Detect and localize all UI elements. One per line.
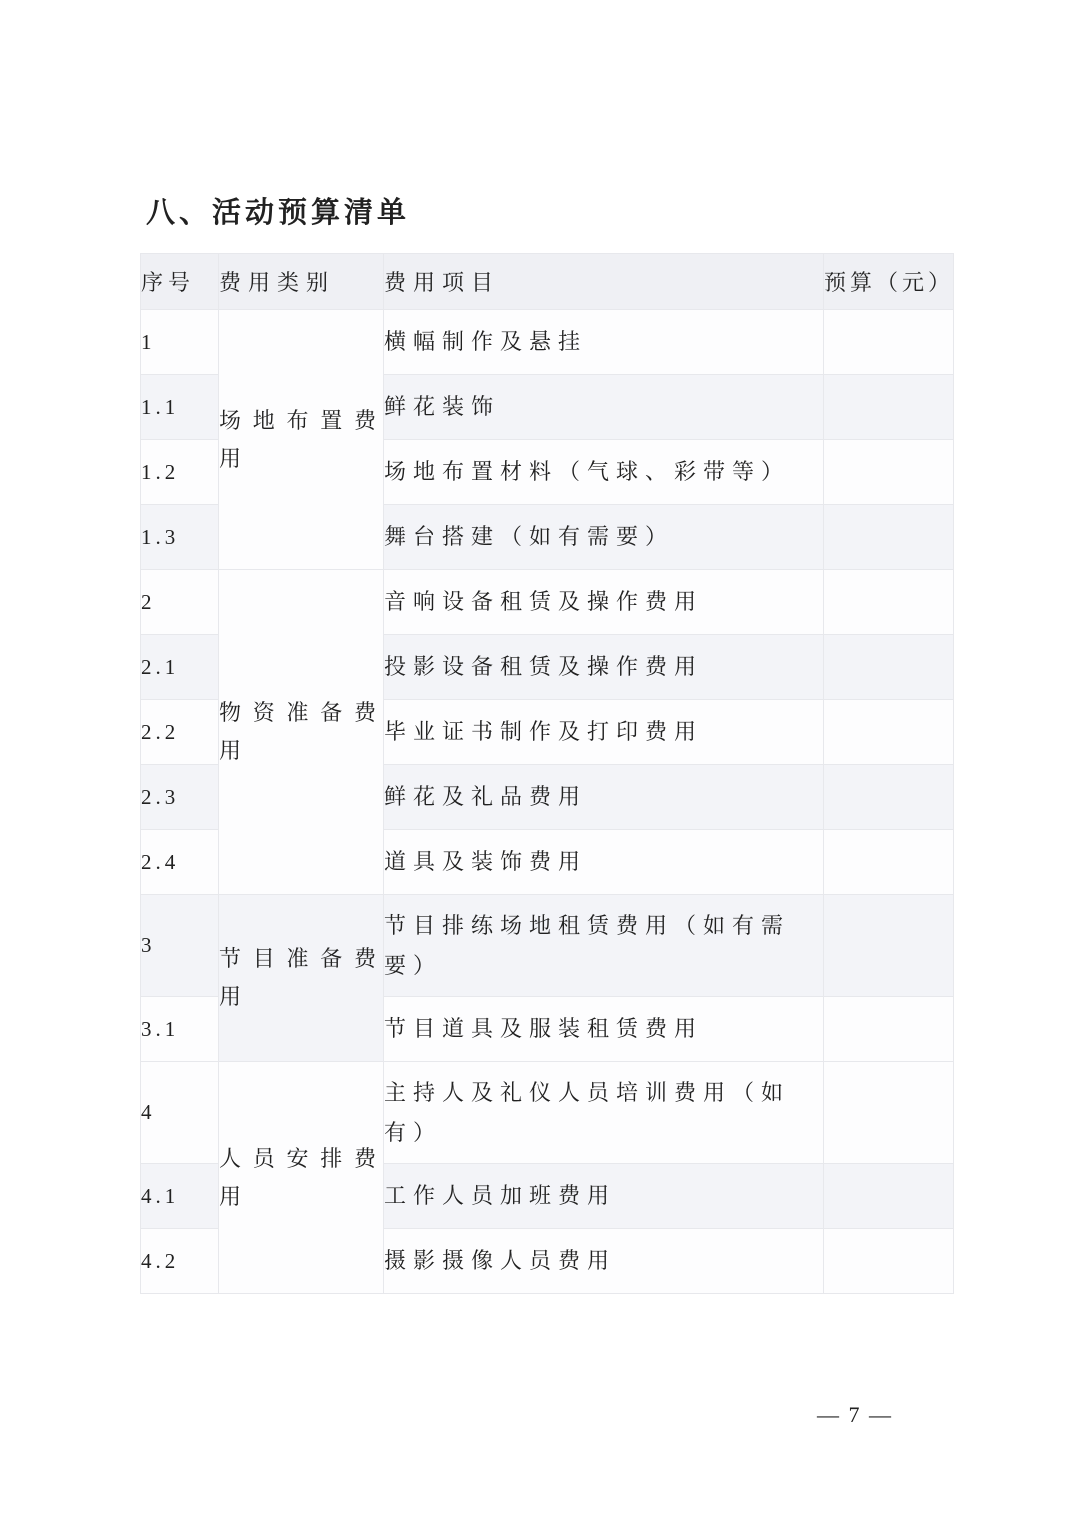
budget-cell (824, 765, 954, 830)
category-cell: 节目准备费用 (219, 895, 384, 1062)
item-cell: 场地布置材料（气球、彩带等） (384, 440, 824, 505)
table-row: 2物资准备费用音响设备租赁及操作费用 (141, 570, 954, 635)
item-cell: 舞台搭建（如有需要） (384, 505, 824, 570)
column-header-serial: 序号 (141, 254, 219, 310)
category-cell: 人员安排费用 (219, 1062, 384, 1294)
row-number-cell: 4 (141, 1062, 219, 1164)
page-title: 八、活动预算清单 (146, 193, 410, 233)
row-number-cell: 3 (141, 895, 219, 997)
row-number-cell: 1.3 (141, 505, 219, 570)
budget-cell (824, 375, 954, 440)
category-cell: 物资准备费用 (219, 570, 384, 895)
budget-cell (824, 1164, 954, 1229)
table-row: 1场地布置费用横幅制作及悬挂 (141, 310, 954, 375)
budget-table-body: 1场地布置费用横幅制作及悬挂1.1鲜花装饰1.2场地布置材料（气球、彩带等）1.… (141, 310, 954, 1294)
table-row: 3节目准备费用节目排练场地租赁费用（如有需要） (141, 895, 954, 997)
item-cell: 道具及装饰费用 (384, 830, 824, 895)
row-number-cell: 4.2 (141, 1229, 219, 1294)
budget-cell (824, 895, 954, 997)
item-cell: 节目道具及服装租赁费用 (384, 997, 824, 1062)
column-header-category: 费用类别 (219, 254, 384, 310)
item-cell: 摄影摄像人员费用 (384, 1229, 824, 1294)
item-cell: 投影设备租赁及操作费用 (384, 635, 824, 700)
budget-cell (824, 505, 954, 570)
row-number-cell: 1 (141, 310, 219, 375)
item-cell: 毕业证书制作及打印费用 (384, 700, 824, 765)
budget-cell (824, 1062, 954, 1164)
row-number-cell: 4.1 (141, 1164, 219, 1229)
row-number-cell: 2.1 (141, 635, 219, 700)
item-cell: 音响设备租赁及操作费用 (384, 570, 824, 635)
row-number-cell: 2.3 (141, 765, 219, 830)
budget-cell (824, 440, 954, 505)
row-number-cell: 2.2 (141, 700, 219, 765)
category-cell: 场地布置费用 (219, 310, 384, 570)
column-header-item: 费用项目 (384, 254, 824, 310)
budget-cell (824, 830, 954, 895)
budget-cell (824, 700, 954, 765)
budget-cell (824, 1229, 954, 1294)
table-row: 4人员安排费用主持人及礼仪人员培训费用（如有） (141, 1062, 954, 1164)
column-header-budget: 预算（元） (824, 254, 954, 310)
row-number-cell: 1.1 (141, 375, 219, 440)
item-cell: 鲜花装饰 (384, 375, 824, 440)
item-cell: 横幅制作及悬挂 (384, 310, 824, 375)
row-number-cell: 3.1 (141, 997, 219, 1062)
item-cell: 鲜花及礼品费用 (384, 765, 824, 830)
budget-cell (824, 570, 954, 635)
item-cell: 主持人及礼仪人员培训费用（如有） (384, 1062, 824, 1164)
item-cell: 节目排练场地租赁费用（如有需要） (384, 895, 824, 997)
row-number-cell: 1.2 (141, 440, 219, 505)
page-number: — 7 — (817, 1402, 893, 1428)
budget-table: 序号 费用类别 费用项目 预算（元） 1场地布置费用横幅制作及悬挂1.1鲜花装饰… (140, 253, 954, 1294)
table-header-row: 序号 费用类别 费用项目 预算（元） (141, 254, 954, 310)
budget-cell (824, 635, 954, 700)
document-page: 八、活动预算清单 序号 费用类别 费用项目 预算（元） 1场地布置费用横幅制作及… (0, 0, 1080, 1527)
row-number-cell: 2.4 (141, 830, 219, 895)
budget-cell (824, 997, 954, 1062)
row-number-cell: 2 (141, 570, 219, 635)
budget-cell (824, 310, 954, 375)
item-cell: 工作人员加班费用 (384, 1164, 824, 1229)
